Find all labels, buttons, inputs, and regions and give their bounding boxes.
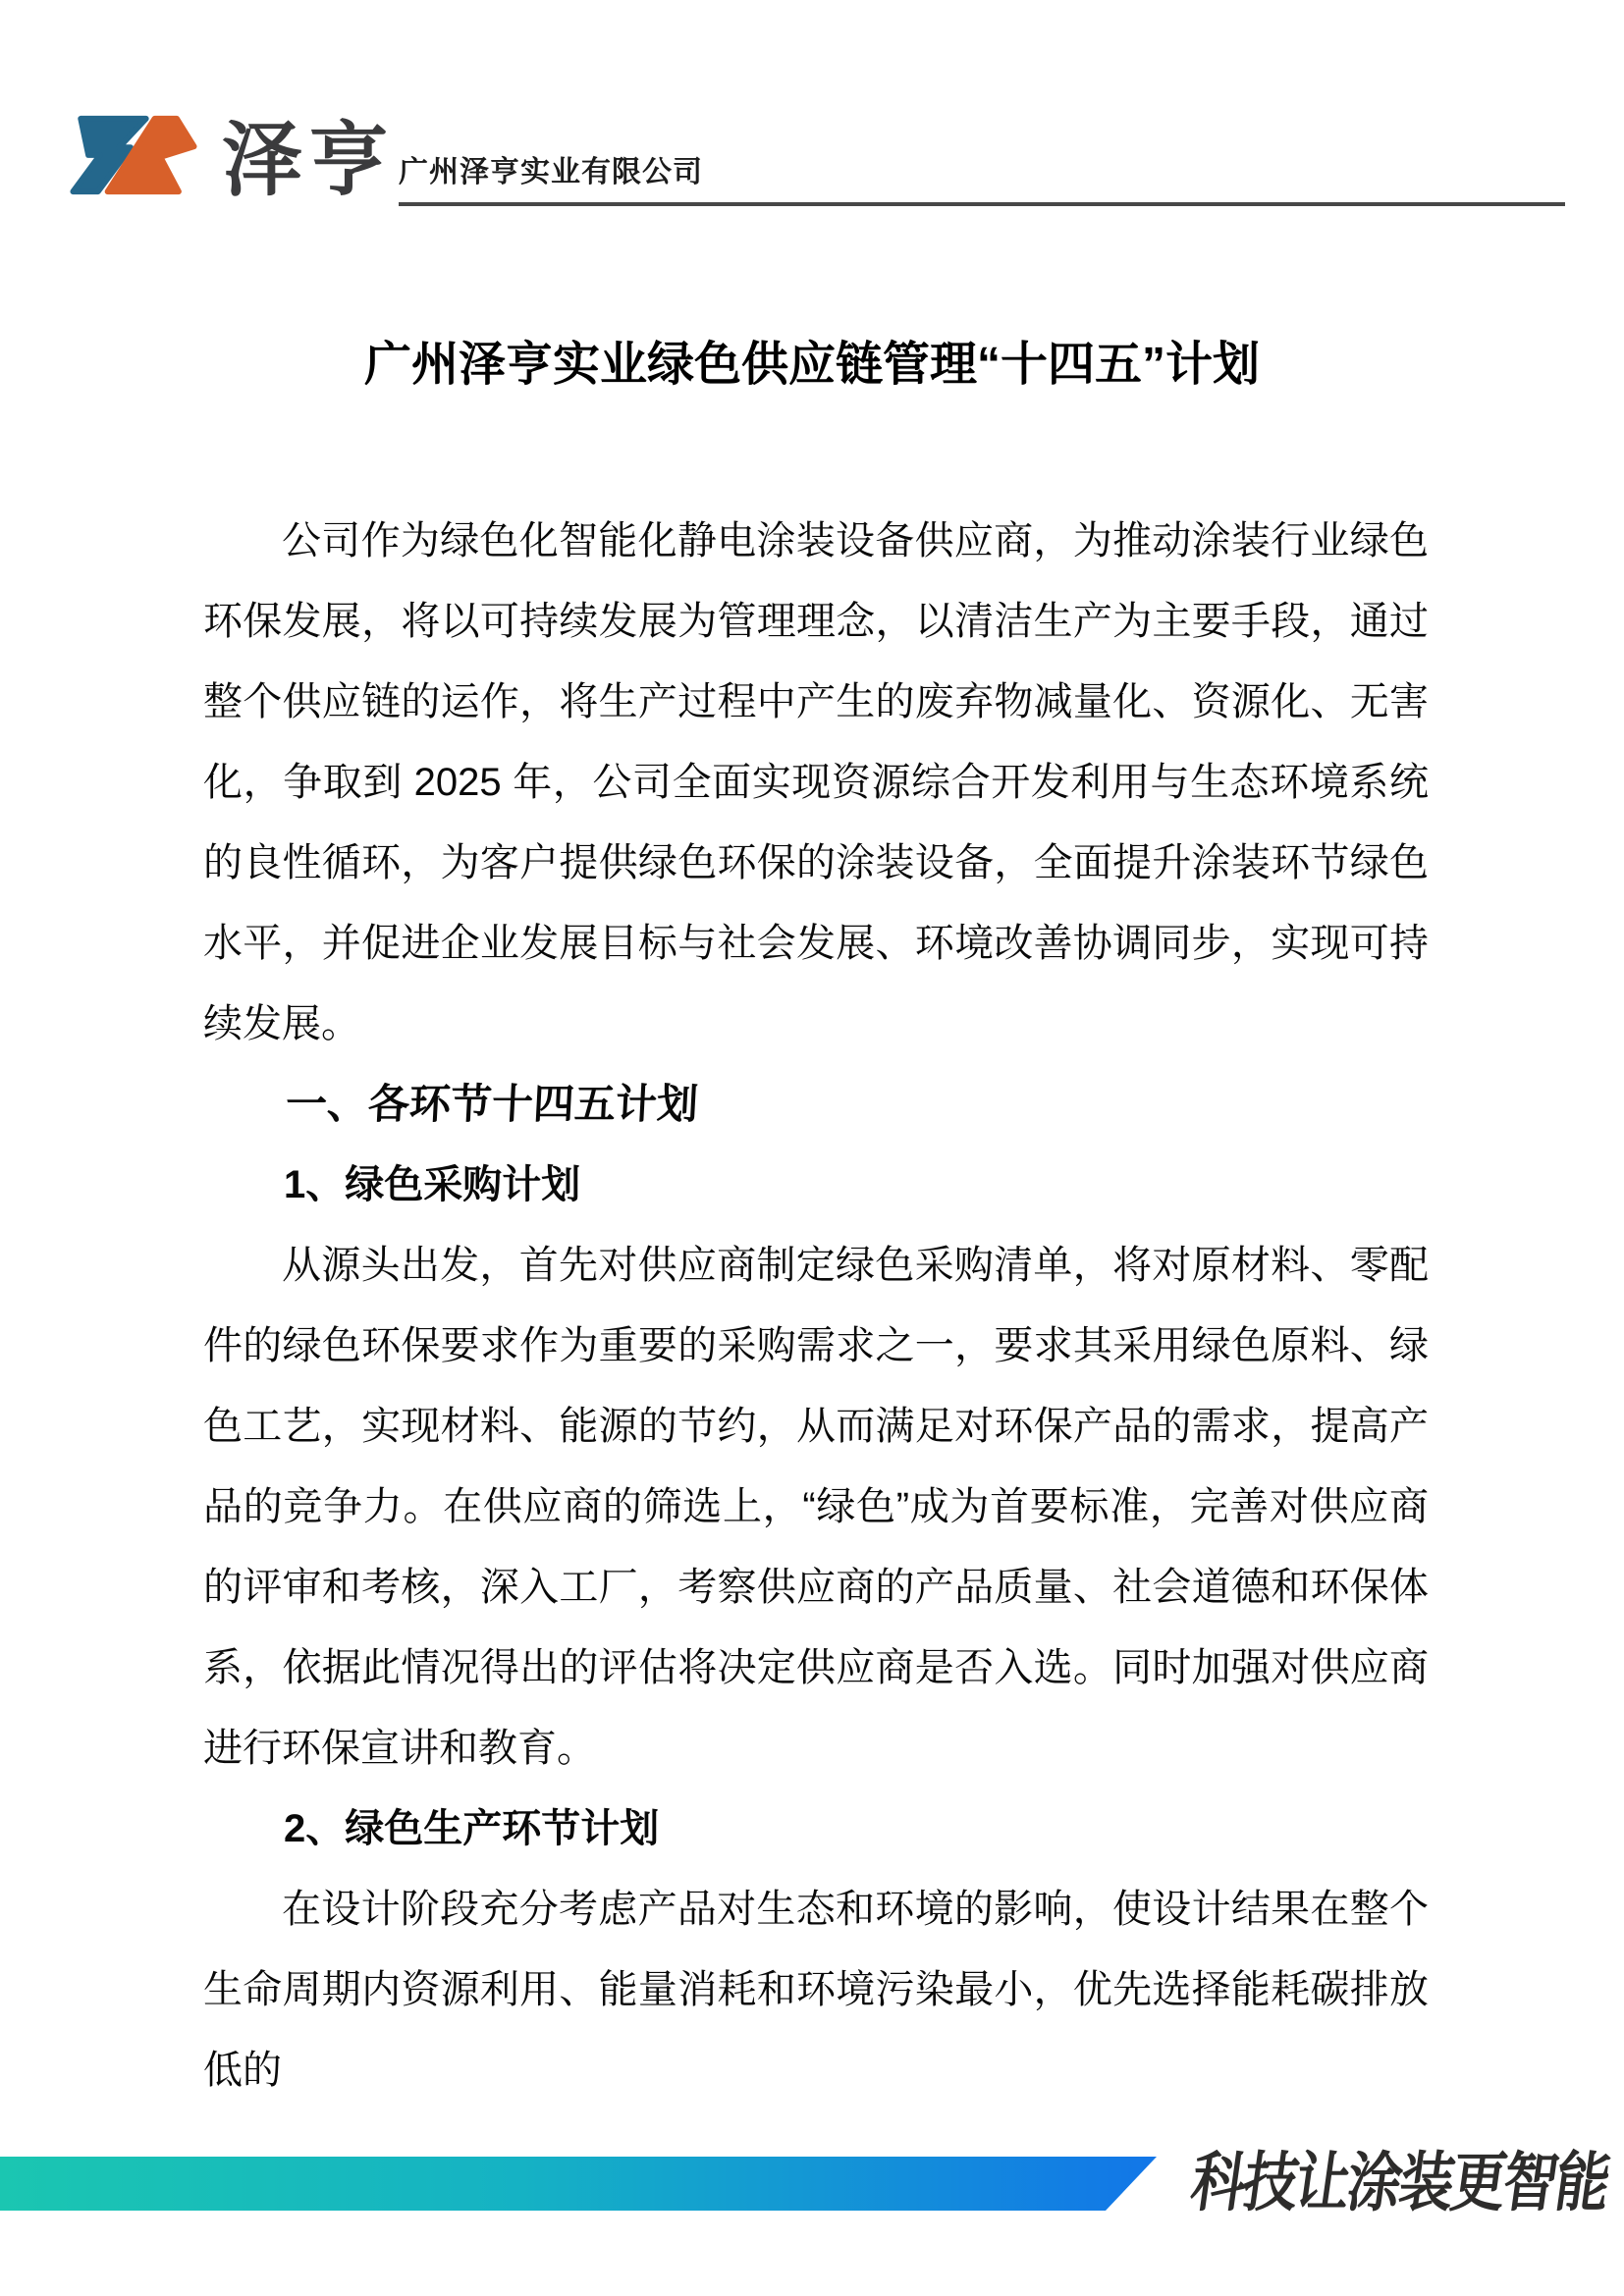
brand-wordmark: 泽亨: [222, 116, 395, 206]
sub-heading: 2、绿色生产环节计划: [203, 1789, 1429, 1869]
header-divider: [399, 202, 1565, 206]
sub-heading: 1、绿色采购计划: [203, 1145, 1429, 1225]
footer-slogan: 科技让涂装更智能: [1184, 2128, 1545, 2236]
page-title: 广州泽亨实业绿色供应链管理“十四五”计划: [0, 331, 1624, 400]
company-name: 广州泽亨实业有限公司: [399, 155, 703, 190]
section-heading: 一、各环节十四五计划: [201, 1064, 1431, 1145]
paragraph: 公司作为绿色化智能化静电涂装设备供应商，为推动涂装行业绿色环保发展，将以可持续发…: [203, 501, 1429, 1064]
document-page: 泽亨 广州泽亨实业有限公司 广州泽亨实业绿色供应链管理“十四五”计划 公司作为绿…: [0, 0, 1624, 2296]
company-logo-icon: [61, 112, 206, 198]
footer-gradient-bar: [0, 2157, 1157, 2211]
document-body: 公司作为绿色化智能化静电涂装设备供应商，为推动涂装行业绿色环保发展，将以可持续发…: [203, 501, 1429, 2110]
paragraph: 从源头出发，首先对供应商制定绿色采购清单，将对原材料、零配件的绿色环保要求作为重…: [203, 1225, 1429, 1789]
paragraph: 在设计阶段充分考虑产品对生态和环境的影响，使设计结果在整个生命周期内资源利用、能…: [203, 1869, 1429, 2110]
